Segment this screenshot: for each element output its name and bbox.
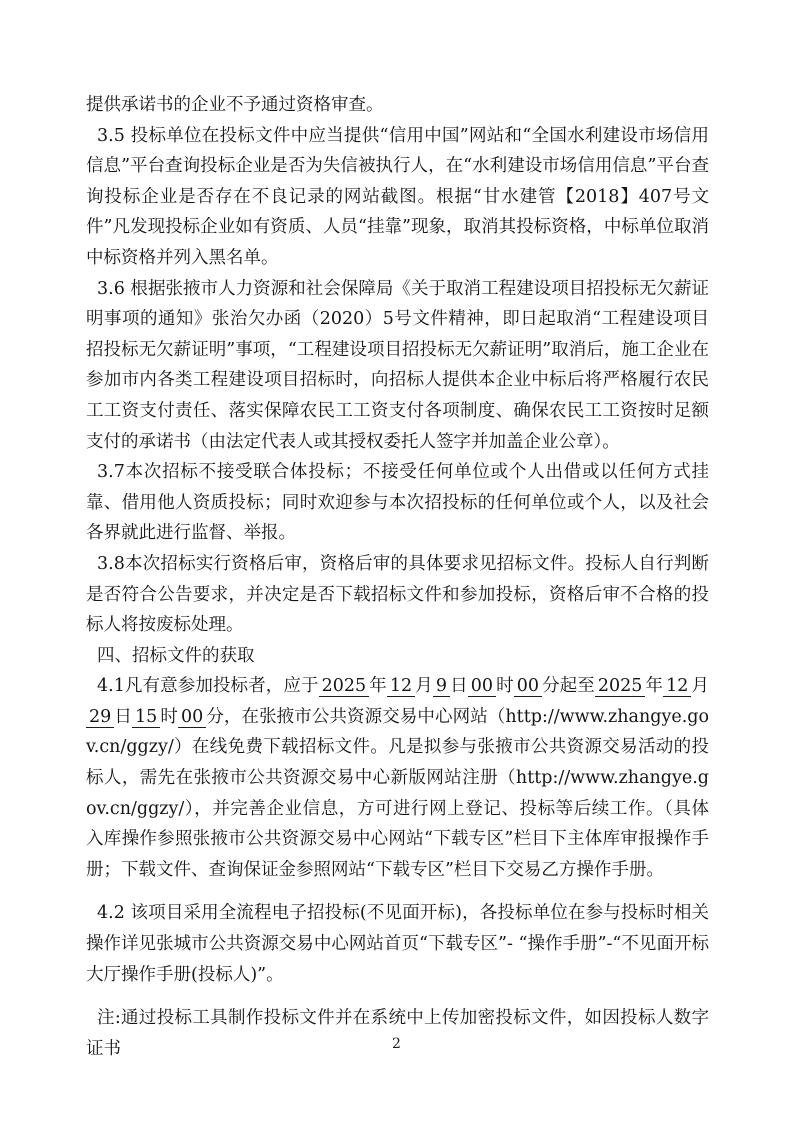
paragraph-4-1: 4.1凡有意参加投标者，应于2025年12月9日00时00分起至2025年12月… — [86, 671, 709, 885]
unit-hour-2: 时 — [160, 707, 178, 727]
paragraph-3-7: 3.7本次招标不接受联合体投标；不接受任何单位或个人出借或以任何方式挂靠、借用他… — [86, 457, 709, 549]
unit-year-1: 年 — [369, 676, 387, 696]
end-day-underlined: 29 — [86, 707, 114, 728]
start-minute-underlined: 00 — [514, 676, 542, 697]
unit-day-1: 日 — [450, 676, 468, 696]
paragraph-continuation: 提供承诺书的企业不予通过资格审查。 — [86, 90, 709, 121]
unit-hour-1: 时 — [496, 676, 514, 696]
paragraph-3-6: 3.6 根据张掖市人力资源和社会保障局《关于取消工程建设项目招投标无欠薪证明事项… — [86, 274, 709, 458]
paragraph-4-2: 4.2 该项目采用全流程电子招投标(不见面开标)，各投标单位在参与投标时相关操作… — [86, 898, 709, 990]
unit-month-2: 月 — [691, 676, 709, 696]
start-hour-underlined: 00 — [468, 676, 496, 697]
unit-year-2: 年 — [645, 676, 663, 696]
paragraph-3-5: 3.5 投标单位在投标文件中应当提供“信用中国”网站和“全国水利建设市场信用信息… — [86, 121, 709, 274]
paragraph-3-8: 3.8本次招标实行资格后审，资格后审的具体要求见招标文件。投标人自行判断是否符合… — [86, 549, 709, 641]
range-connector: 分起至 — [542, 676, 595, 696]
document-page: 提供承诺书的企业不予通过资格审查。 3.5 投标单位在投标文件中应当提供“信用中… — [0, 0, 793, 1122]
page-number: 2 — [0, 1036, 793, 1052]
end-year-underlined: 2025 — [595, 676, 646, 697]
para-4-1-rest: 分，在张掖市公共资源交易中心网站（http://www.zhangye.gov.… — [86, 707, 709, 880]
start-year-underlined: 2025 — [319, 676, 370, 697]
paragraph-note: 注:通过投标工具制作投标文件并在系统中上传加密投标文件，如因投标人数字证书 — [86, 1003, 709, 1064]
end-month-underlined: 12 — [663, 676, 691, 697]
section-heading-4: 四、招标文件的获取 — [86, 641, 709, 672]
document-body: 提供承诺书的企业不予通过资格审查。 3.5 投标单位在投标文件中应当提供“信用中… — [86, 90, 709, 1064]
start-month-underlined: 12 — [387, 676, 415, 697]
start-day-underlined: 9 — [433, 676, 450, 697]
end-minute-underlined: 00 — [178, 707, 206, 728]
para-4-1-intro: 4.1凡有意参加投标者，应于 — [97, 676, 319, 696]
end-hour-underlined: 15 — [132, 707, 160, 728]
unit-day-2: 日 — [114, 707, 132, 727]
unit-month-1: 月 — [415, 676, 433, 696]
